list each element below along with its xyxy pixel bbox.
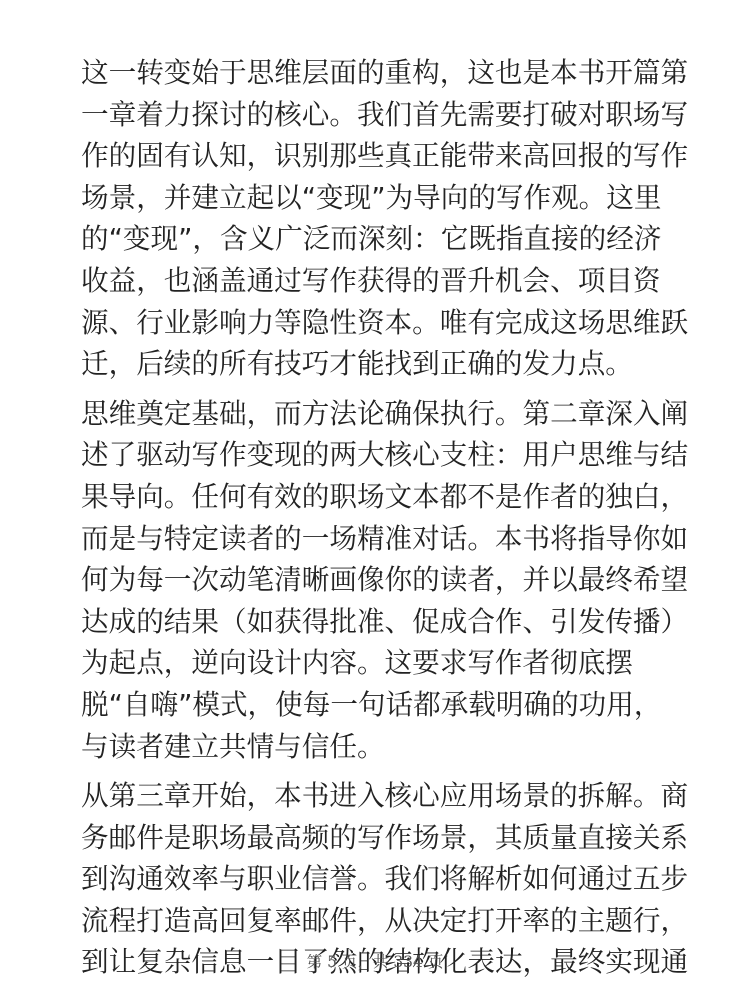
text-line: 脱“自嗨”模式，使每一句话都承载明确的功用，: [81, 684, 681, 726]
text-line: 流程打造高回复率邮件，从决定打开率的主题行，: [81, 900, 681, 942]
text-line: 的“变现”，含义广泛而深刻：它既指直接的经济: [81, 218, 681, 260]
text-line: 作的固有认知，识别那些真正能带来高回报的写作: [81, 135, 681, 177]
document-page: 这一转变始于思维层面的重构，这也是本书开篇第 一章着力探讨的核心。我们首先需要打…: [81, 52, 681, 991]
text-line: 果导向。任何有效的职场文本都不是作者的独白，: [81, 476, 681, 518]
text-line: 收益，也涵盖通过写作获得的晋升机会、项目资: [81, 260, 681, 302]
paragraph-2: 思维奠定基础，而方法论确保执行。第二章深入阐 述了驱动写作变现的两大核心支柱：用…: [81, 393, 681, 767]
text-line: 为起点，逆向设计内容。这要求写作者彻底摆: [81, 642, 681, 684]
text-line: 到沟通效率与职业信誉。我们将解析如何通过五步: [81, 858, 681, 900]
text-line: 源、行业影响力等隐性资本。唯有完成这场思维跃: [81, 302, 681, 344]
text-line: 与读者建立共情与信任。: [81, 726, 681, 768]
text-line: 迁，后续的所有技巧才能找到正确的发力点。: [81, 343, 681, 385]
text-line: 场景，并建立起以“变现”为导向的写作观。这里: [81, 177, 681, 219]
text-line: 何为每一次动笔清晰画像你的读者，并以最终希望: [81, 559, 681, 601]
text-line: 思维奠定基础，而方法论确保执行。第二章深入阐: [81, 393, 681, 435]
text-line: 从第三章开始，本书进入核心应用场景的拆解。商: [81, 775, 681, 817]
text-line: 一章着力探讨的核心。我们首先需要打破对职场写: [81, 94, 681, 136]
paragraph-1: 这一转变始于思维层面的重构，这也是本书开篇第 一章着力探讨的核心。我们首先需要打…: [81, 52, 681, 385]
text-line: 述了驱动写作变现的两大核心支柱：用户思维与结: [81, 434, 681, 476]
text-line: 务邮件是职场最高频的写作场景，其质量直接关系: [81, 817, 681, 859]
page-number-footer: 第 5 页，共 334 页: [0, 950, 750, 974]
text-line: 这一转变始于思维层面的重构，这也是本书开篇第: [81, 52, 681, 94]
text-line: 达成的结果（如获得批准、促成合作、引发传播）: [81, 601, 681, 643]
text-line: 而是与特定读者的一场精准对话。本书将指导你如: [81, 518, 681, 560]
